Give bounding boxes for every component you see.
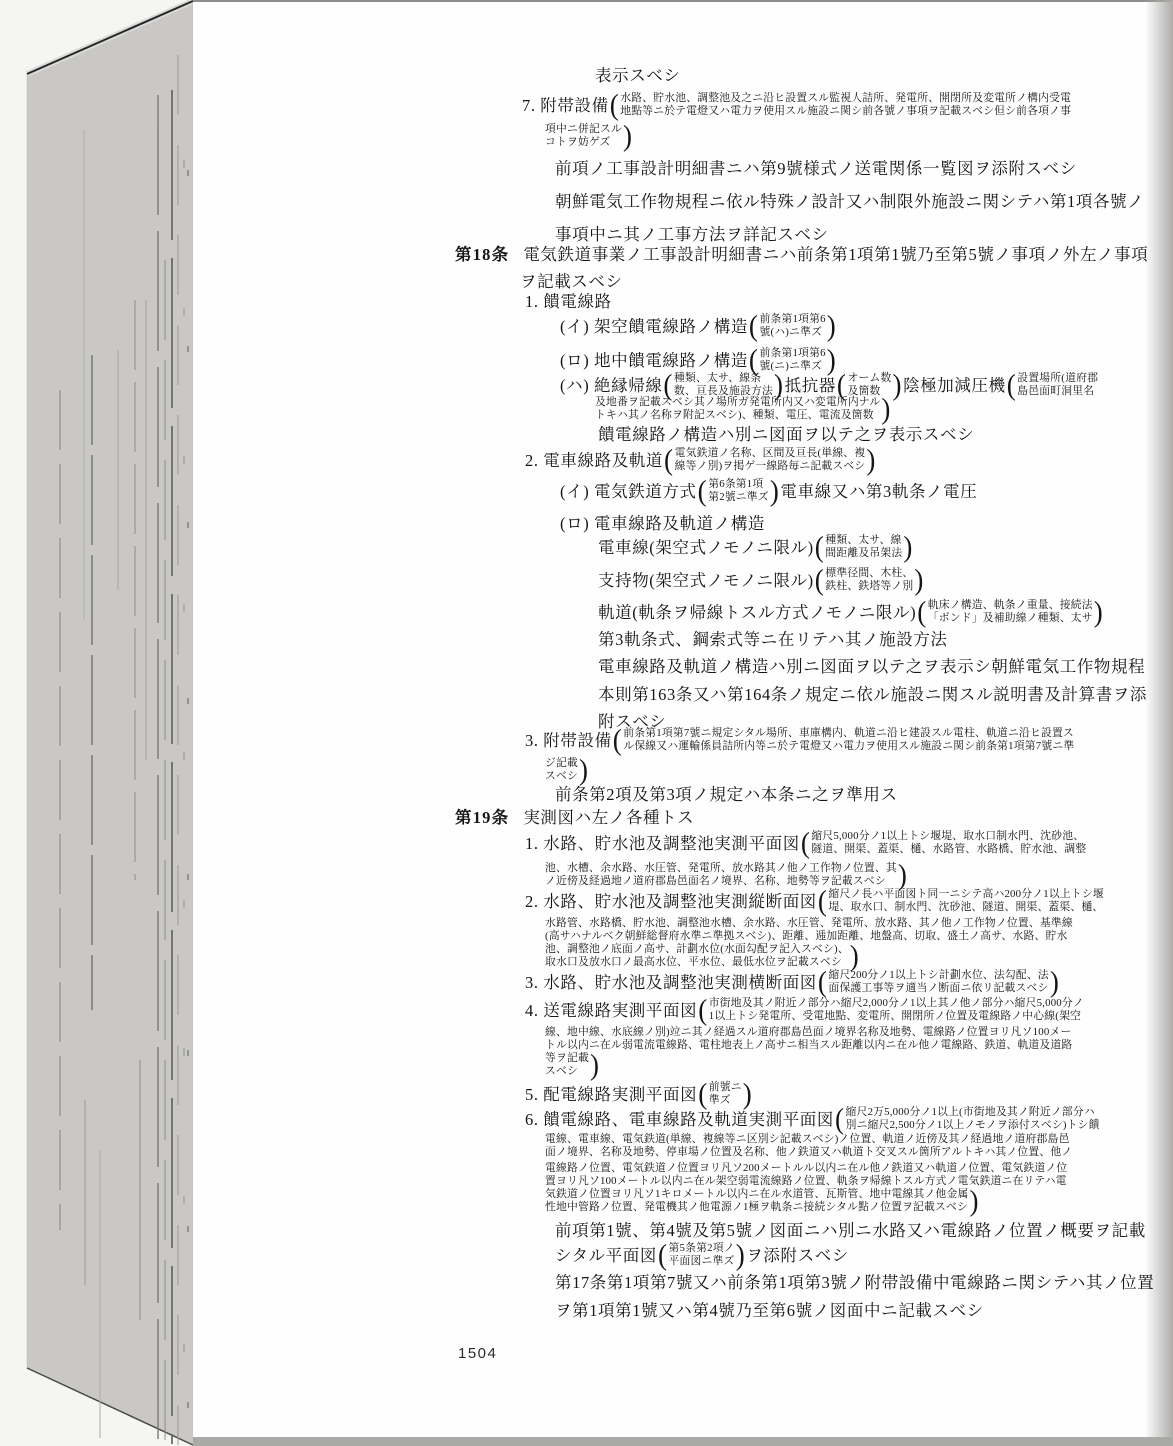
doc-line: 前項ノ工事設計明細書ニハ第9號様式ノ送電関係一覧図ヲ添附スベシ — [555, 155, 1077, 181]
doc-line: 2. 電車線路及軌道(電気鉄道ノ名称、区間及亘長(単線、複線等ノ別)ヲ掲ゲ一線路… — [525, 447, 877, 473]
doc-line: 第17条第1項第7號又ハ前条第1項第3號ノ附帯設備中電線路ニ関シテハ其ノ位置 — [555, 1269, 1154, 1295]
doc-line: 電車線路及軌道ノ構造ハ別ニ図面ヲ以テ之ヲ表示シ朝鮮電気工作物規程 — [598, 653, 1145, 679]
doc-line: 4. 送電線路実測平面図(市街地及其ノ附近ノ部分ハ縮尺2,000分ノ1以上其ノ他… — [525, 997, 1084, 1023]
doc-line: 1. 水路、貯水池及調整池実測平面図(縮尺5,000分ノ1以上トシ堰堤、取水口制… — [525, 830, 1086, 856]
doc-line: (イ) 電気鉄道方式(第6条第1項第2號ニ準ズ)電車線又ハ第3軌条ノ電圧 — [560, 478, 977, 504]
doc-line: 第3軌条式、鋼索式等ニ在リテハ其ノ施設方法 — [598, 626, 948, 652]
doc-line: (ロ) 電車線路及軌道ノ構造 — [560, 510, 765, 536]
doc-line: ジ記載スベシ) — [545, 757, 590, 783]
page-right-shadow — [1145, 0, 1173, 1446]
doc-line: 饋電線路ノ構造ハ別ニ図面ヲ以テ之ヲ表示スベシ — [598, 421, 974, 447]
doc-line: 池、調整池ノ底面ノ高サ、計劃水位(水面勾配ヲ記入スベシ)、取水口及放水口ノ最高水… — [545, 943, 860, 969]
doc-line: 7. 附帯設備(水路、貯水池、調整池及之ニ沿ヒ設置スル監視人詰所、発電所、開閉所… — [522, 92, 1071, 118]
doc-line: 電線路ノ位置、電気鉄道ノ位置ヨリ凡ソ200メートルル以内ニ在ル他ノ鉄道又ハ軌道ノ… — [545, 1162, 1067, 1188]
doc-line: 軌道(軌条ヲ帰線トスル方式ノモノニ限ル)(軌床ノ構造、軌条ノ重量、接続法「ボンド… — [598, 599, 1104, 625]
book-page-stack — [24, 0, 196, 1446]
page-edge-texture — [24, 0, 196, 1446]
doc-line: 本則第163条又ハ第164条ノ規定ニ依ル施設ニ関スル説明書及計算書ヲ添 — [598, 681, 1147, 707]
doc-line: 等ヲ記載スベシ) — [545, 1052, 601, 1078]
doc-line: 表示スベシ — [595, 62, 681, 88]
doc-line: 3. 附帯設備(前条第1項第7號ニ規定シタル場所、車庫構内、軌道ニ沿ヒ建設スル電… — [525, 727, 1074, 753]
doc-line: (ハ) 絶縁帰線(種類、太サ、線条数、亘長及施設方法)抵抗器(オーム数及箇数)陰… — [560, 372, 1098, 398]
doc-line: 気鉄道ノ位置ヨリ凡ソ1キロメートル以内ニ在ル水道管、瓦斯管、地中電線其ノ他金属性… — [545, 1188, 980, 1214]
doc-line: 朝鮮電気工作物規程ニ依ル特殊ノ設計又ハ制限外施設ニ関シテハ第1項各號ノ — [555, 188, 1144, 214]
scanned-book-photo: { "page": { "number": "1504" }, "doc": {… — [0, 0, 1173, 1446]
doc-line: シタル平面図(第5条第2項ノ平面図ニ準ズ)ヲ添附スベシ — [555, 1242, 849, 1268]
page-top-edge — [193, 0, 1173, 2]
doc-line: 水路管、水路橋、貯水池、調整池水槽、余水路、水圧管、発電所、放水路、其ノ他ノ工作… — [545, 917, 1073, 943]
doc-line: 電線、電車線、電気鉄道(単線、複線等ニ区別シ記載スベシ)ノ位置、軌道ノ近傍及其ノ… — [545, 1133, 1072, 1159]
doc-line: 項中ニ併記スルコトヲ妨ゲズ) — [545, 123, 634, 149]
doc-line: 前項第1號、第4號及第5號ノ図面ニハ別ニ水路又ハ電線路ノ位置ノ概要ヲ記載 — [555, 1217, 1146, 1243]
page-bottom-shadow — [193, 1437, 1173, 1446]
doc-line: 6. 饋電線路、電車線路及軌道実測平面図(縮尺2万5,000分ノ1以上(市街地及… — [525, 1106, 1100, 1132]
doc-line: 池、水槽、余水路、水圧管、発電所、放水路其ノ他ノ工作物ノ位置、其ノ近傍及経過地ノ… — [545, 862, 909, 888]
doc-line: 電車線(架空式ノモノニ限ル)(種類、太サ、線間距離及吊架法) — [598, 534, 914, 560]
doc-line: 3. 水路、貯水池及調整池実測横断面図(縮尺200分ノ1以上トシ計劃水位、法勾配… — [525, 969, 1060, 995]
doc-line: 支持物(架空式ノモノニ限ル)(標準径間、木柱、鉄柱、鉄塔等ノ別) — [598, 567, 925, 593]
doc-line: ヲ第1項第1號又ハ第4號乃至第6號ノ図面中ニ記載スベシ — [555, 1297, 984, 1323]
page-number: 1504 — [458, 1345, 497, 1362]
doc-line: 2. 水路、貯水池及調整池実測縦断面図(縮尺ノ長ハ平面図ト同一ニシテ高ハ200分… — [525, 888, 1104, 914]
article-19-heading: 第19条実測図ハ左ノ各種トス — [455, 804, 694, 830]
doc-line: (ロ) 地中饋電線路ノ構造(前条第1項第6號(ニ)ニ準ズ) — [560, 347, 837, 373]
doc-line: 5. 配電線路実測平面図(前號ニ準ズ) — [525, 1081, 753, 1107]
doc-line: 1. 饋電線路 — [525, 288, 612, 314]
doc-line: (イ) 架空饋電線路ノ構造(前条第1項第6號(ハ)ニ準ズ) — [560, 313, 837, 339]
article-18-heading: 第18条電気鉄道事業ノ工事設計明細書ニハ前条第1項第1號乃至第5號ノ事項ノ外左ノ… — [455, 241, 1148, 267]
doc-line: 線、地中線、水底線ノ別)竝ニ其ノ経過スル道府郡島邑面ノ境界名称及地勢、電線路ノ位… — [545, 1026, 1072, 1052]
doc-line: 及地番ヲ記載スベシ其ノ場所ガ発電所内又ハ変電所内ナルトキハ其ノ名称ヲ附記スベシ)… — [595, 396, 892, 422]
